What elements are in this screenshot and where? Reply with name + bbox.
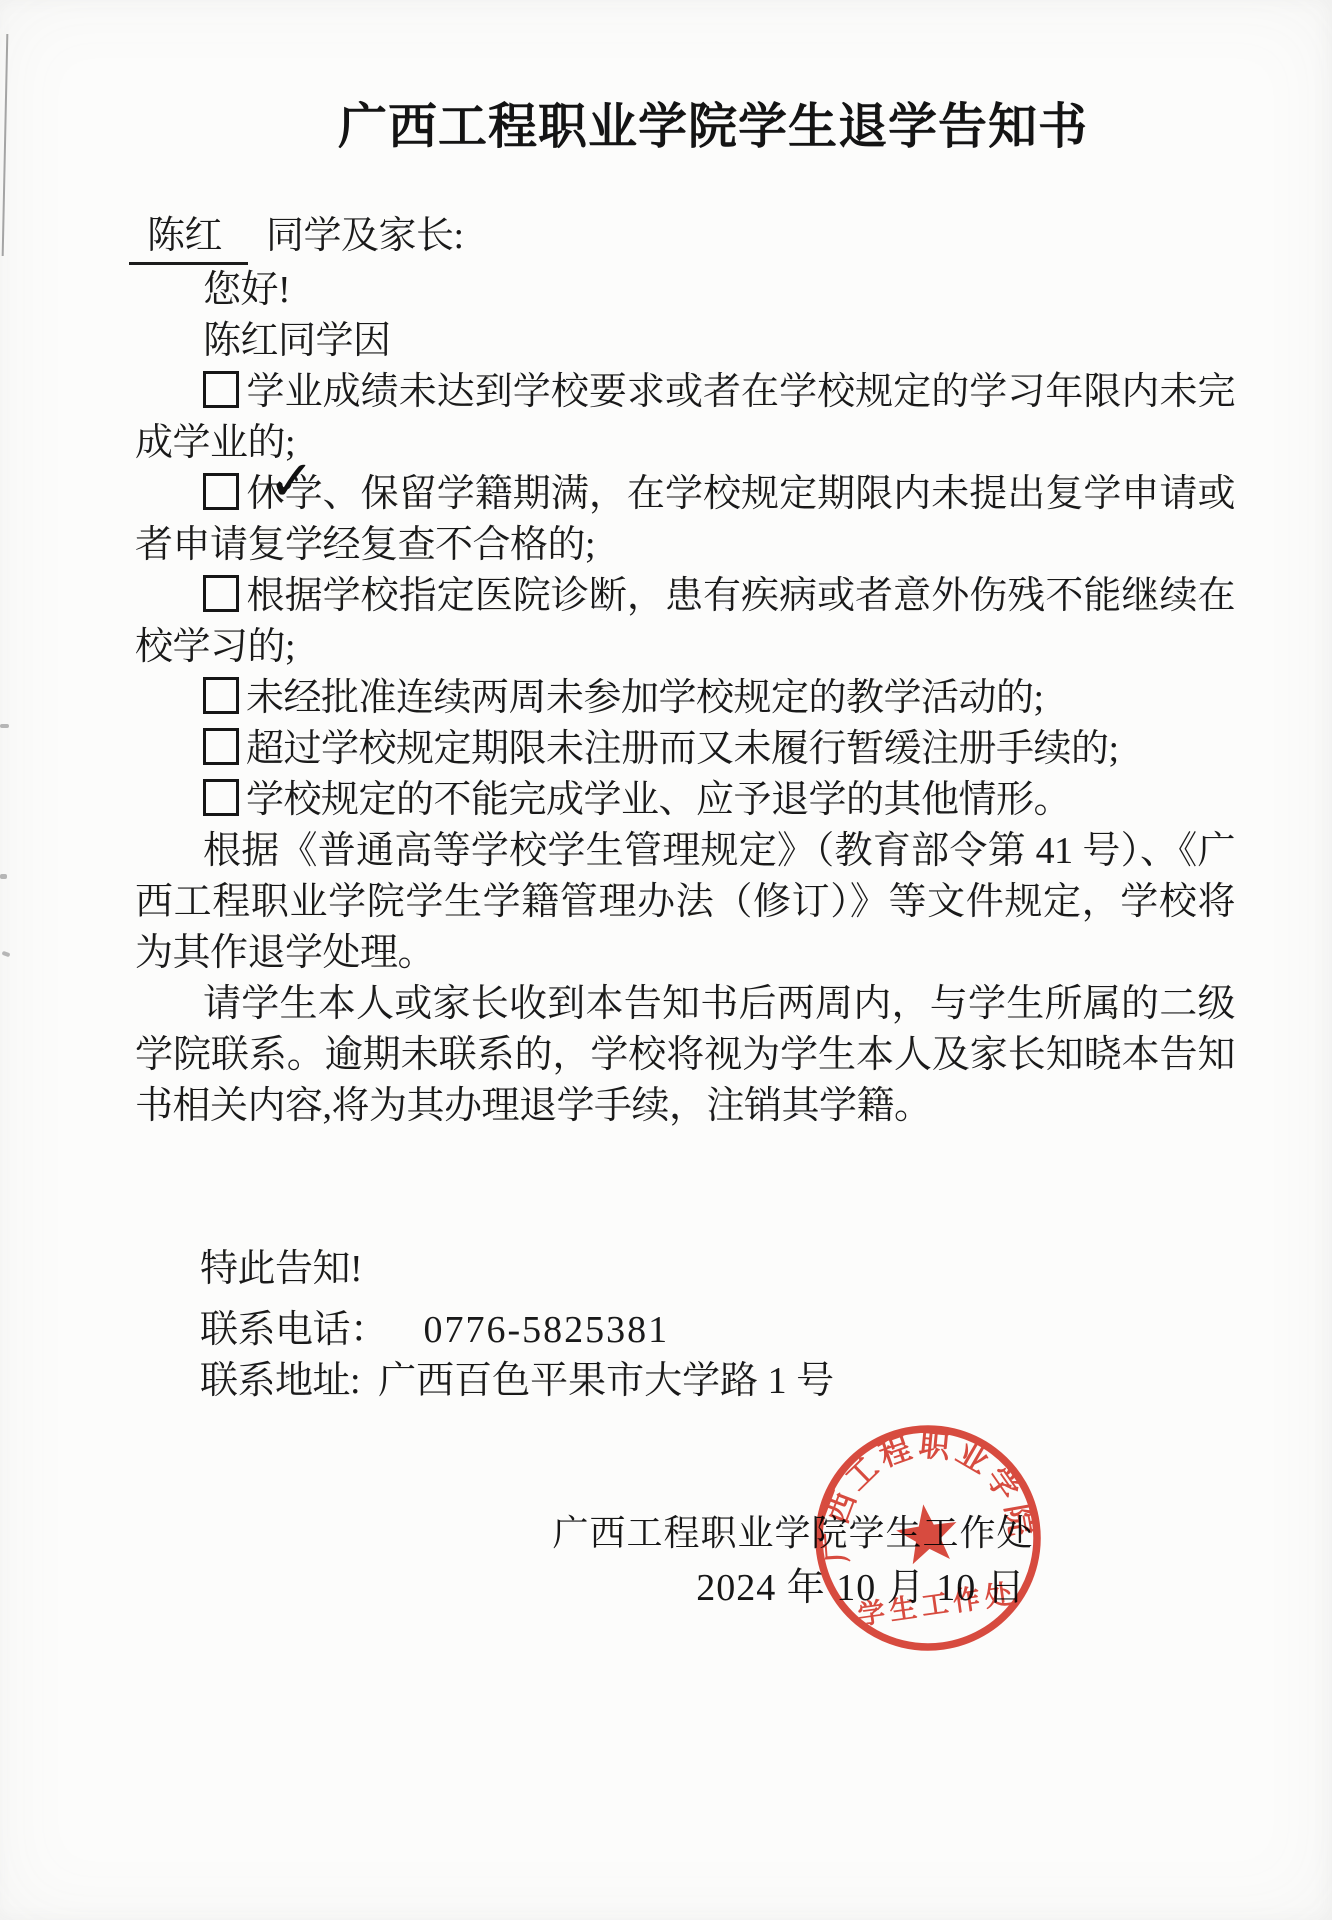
checkbox-icon: ✓ xyxy=(203,473,239,510)
closing-statement: 特此告知! xyxy=(135,1244,1235,1295)
withdrawal-reason-item: ✓休学、保留学籍期满，在学校规定期限内未提出复学申请或者申请复学经复查不合格的; xyxy=(135,469,1235,571)
checkbox-icon: ✓ xyxy=(203,779,239,816)
issue-date: 2024 年 10 月 10 日 xyxy=(195,1562,1332,1614)
withdrawal-reason-item: ✓学校规定的不能完成学业、应予退学的其他情形。 xyxy=(135,775,1235,826)
document-body: 陈红同学及家长: 您好! 陈红同学因 ✓学业成绩未达到学校要求或者在学校规定的学… xyxy=(135,211,1235,1407)
address-label: 联系地址: xyxy=(200,1360,360,1402)
checkbox-icon: ✓ xyxy=(203,677,239,714)
greeting-line: 陈红同学及家长: xyxy=(135,211,1235,265)
scan-artifact-speck xyxy=(0,724,9,728)
intro-line: 陈红同学因 xyxy=(135,316,1235,367)
scan-artifact-speck xyxy=(0,874,7,879)
checkbox-icon: ✓ xyxy=(203,728,239,765)
student-name: 陈红 xyxy=(129,211,248,265)
checkbox-icon: ✓ xyxy=(203,371,239,408)
withdrawal-reason-item: ✓超过学校规定期限未注册而又未履行暂缓注册手续的; xyxy=(135,724,1235,775)
address-value: 广西百色平果市大学路 1 号 xyxy=(378,1360,834,1402)
reason-text: 学校规定的不能完成学业、应予退学的其他情形。 xyxy=(246,779,1071,821)
basis-paragraph: 根据《普通高等学校学生管理规定》（教育部令第 41 号）、《广西工程职业学院学生… xyxy=(135,826,1235,979)
salutation: 您好! xyxy=(135,265,1235,316)
scan-artifact-speck xyxy=(2,951,11,957)
withdrawal-reasons-list: ✓学业成绩未达到学校要求或者在学校规定的学习年限内未完成学业的; ✓休学、保留学… xyxy=(135,367,1235,826)
issuing-department: 广西工程职业学院学生工作处 xyxy=(127,1507,1332,1559)
scan-artifact-line xyxy=(2,34,9,256)
instruction-paragraph: 请学生本人或家长收到本告知书后两周内，与学生所属的二级学院联系。逾期未联系的，学… xyxy=(135,979,1235,1132)
greeting-suffix: 同学及家长: xyxy=(266,215,464,257)
official-seal-stamp: 广西工程职业学院 学生工作处 xyxy=(792,1402,1063,1673)
reason-text: 超过学校规定期限未注册而又未履行暂缓注册手续的; xyxy=(246,728,1119,770)
seal-star-icon xyxy=(893,1500,961,1566)
reason-text: 未经批准连续两周未参加学校规定的教学活动的; xyxy=(246,677,1044,719)
contact-phone-line: 联系电话：0776-5825381 xyxy=(135,1305,1235,1356)
document-title: 广西工程职业学院学生退学告知书 xyxy=(47,96,1332,158)
phone-label: 联系电话： xyxy=(200,1309,388,1351)
withdrawal-reason-item: ✓根据学校指定医院诊断，患有疾病或者意外伤残不能继续在校学习的; xyxy=(135,571,1235,673)
phone-value: 0776-5825381 xyxy=(424,1309,670,1351)
withdrawal-reason-item: ✓未经批准连续两周未参加学校规定的教学活动的; xyxy=(135,673,1235,724)
contact-address-line: 联系地址:广西百色平果市大学路 1 号 xyxy=(135,1356,1235,1407)
reason-text: 根据学校指定医院诊断，患有疾病或者意外伤残不能继续在校学习的; xyxy=(135,575,1235,668)
checkmark-icon: ✓ xyxy=(200,454,314,510)
checkbox-icon: ✓ xyxy=(203,575,239,612)
